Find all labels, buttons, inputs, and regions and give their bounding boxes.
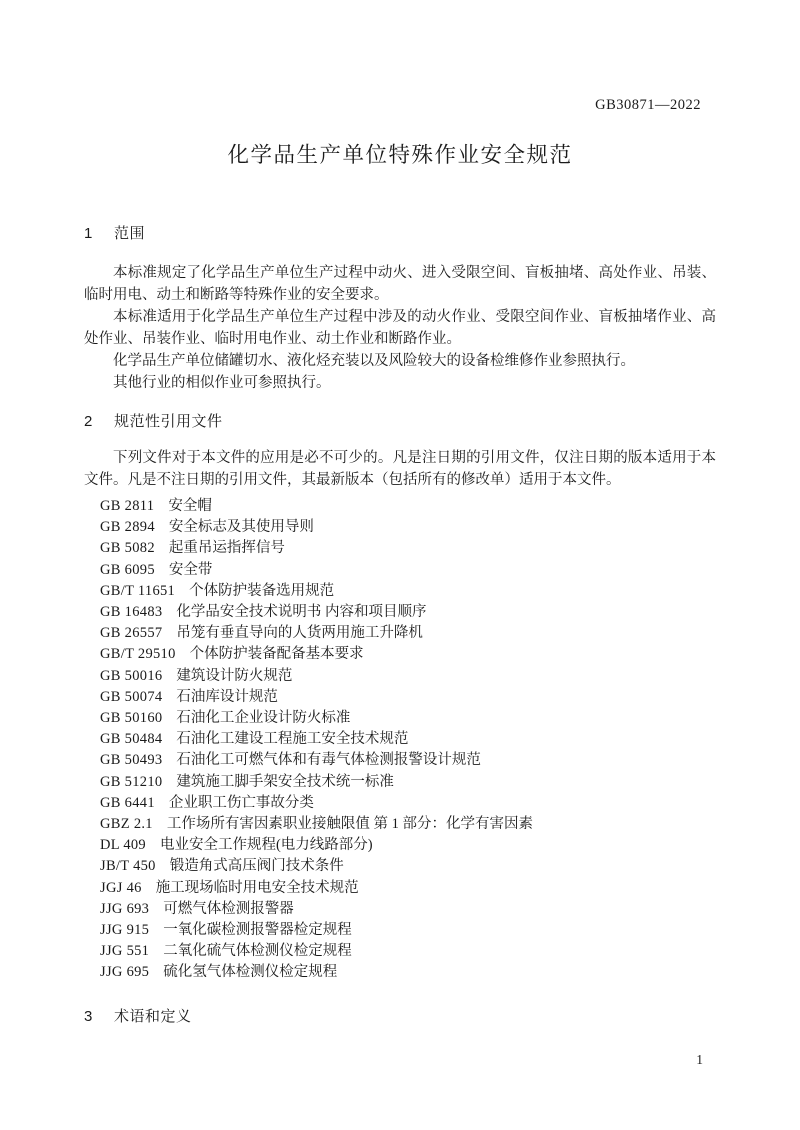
reference-item: GB 6441企业职工伤亡事故分类: [100, 793, 732, 814]
section-1-body: 本标准规定了化学品生产单位生产过程中动火、进入受限空间、盲板抽堵、高处作业、吊装…: [84, 262, 716, 394]
reference-item: JJG 551二氧化硫气体检测仪检定规程: [100, 941, 732, 962]
reference-title: 安全帽: [168, 498, 212, 514]
reference-item: GB 26557吊笼有垂直导向的人货两用施工升降机: [100, 623, 732, 644]
reference-code: GB 50074: [100, 689, 162, 705]
reference-item: JJG 915一氧化碳检测报警器检定规程: [100, 920, 732, 941]
reference-item: GB 16483化学品安全技术说明书 内容和项目顺序: [100, 602, 732, 623]
reference-item: JJG 693可燃气体检测报警器: [100, 899, 732, 920]
reference-item: JJG 695硫化氢气体检测仪检定规程: [100, 962, 732, 983]
reference-title: 施工现场临时用电安全技术规范: [156, 880, 359, 896]
section-1-heading: 1范围: [84, 222, 716, 243]
reference-title: 电业安全工作规程(电力线路部分): [160, 837, 373, 853]
scope-paragraph: 其他行业的相似作业可参照执行。: [84, 372, 716, 394]
reference-title: 二氧化硫气体检测仪检定规程: [163, 943, 352, 959]
reference-code: JGJ 46: [100, 880, 142, 896]
reference-title: 起重吊运指挥信号: [169, 540, 285, 556]
scope-paragraph: 本标准适用于化学品生产单位生产过程中涉及的动火作业、受限空间作业、盲板抽堵作业、…: [84, 306, 716, 350]
reference-code: GB/T 29510: [100, 646, 176, 662]
reference-code: JB/T 450: [100, 858, 156, 874]
reference-item: GB/T 29510个体防护装备配备基本要求: [100, 644, 732, 665]
section-2-title: 规范性引用文件: [114, 413, 223, 430]
page-number: 1: [696, 1052, 703, 1068]
reference-code: GB 6095: [100, 562, 155, 578]
reference-title: 工作场所有害因素职业接触限值 第 1 部分：化学有害因素: [167, 816, 533, 832]
reference-title: 个体防护装备配备基本要求: [190, 646, 364, 662]
reference-code: GB 16483: [100, 604, 162, 620]
scope-paragraph: 本标准规定了化学品生产单位生产过程中动火、进入受限空间、盲板抽堵、高处作业、吊装…: [84, 262, 716, 306]
reference-item: GB 50493石油化工可燃气体和有毒气体检测报警设计规范: [100, 750, 732, 771]
section-1-number: 1: [84, 225, 114, 242]
reference-title: 石油化工建设工程施工安全技术规范: [176, 731, 408, 747]
reference-code: GB 6441: [100, 795, 155, 811]
section-3-number: 3: [84, 1008, 114, 1025]
reference-code: GB 2811: [100, 498, 154, 514]
reference-item: DL 409电业安全工作规程(电力线路部分): [100, 835, 732, 856]
reference-code: GB 2894: [100, 519, 155, 535]
references-intro-paragraph: 下列文件对于本文件的应用是必不可少的。凡是注日期的引用文件，仅注日期的版本适用于…: [84, 447, 716, 491]
reference-item: GB 51210建筑施工脚手架安全技术统一标准: [100, 772, 732, 793]
reference-item: GB 50160石油化工企业设计防火标准: [100, 708, 732, 729]
reference-item: GBZ 2.1工作场所有害因素职业接触限值 第 1 部分：化学有害因素: [100, 814, 732, 835]
section-3-heading: 3术语和定义: [84, 1005, 716, 1026]
document-page: GB30871—2022 化学品生产单位特殊作业安全规范 1范围 本标准规定了化…: [0, 0, 800, 1130]
section-2-heading: 2规范性引用文件: [84, 410, 716, 431]
reference-title: 企业职工伤亡事故分类: [169, 795, 314, 811]
section-2-number: 2: [84, 413, 114, 430]
standard-code: GB30871—2022: [595, 97, 701, 114]
reference-item: GB 6095安全带: [100, 560, 732, 581]
reference-title: 安全标志及其使用导则: [169, 519, 314, 535]
reference-code: JJG 695: [100, 964, 149, 980]
reference-code: GB 51210: [100, 774, 162, 790]
references-list: GB 2811安全帽 GB 2894安全标志及其使用导则 GB 5082起重吊运…: [84, 496, 732, 984]
reference-title: 化学品安全技术说明书 内容和项目顺序: [176, 604, 426, 620]
reference-code: GB/T 11651: [100, 583, 175, 599]
reference-title: 建筑施工脚手架安全技术统一标准: [176, 774, 394, 790]
reference-title: 石油库设计规范: [176, 689, 278, 705]
reference-item: GB 50484石油化工建设工程施工安全技术规范: [100, 729, 732, 750]
reference-item: GB 2894安全标志及其使用导则: [100, 517, 732, 538]
reference-item: JGJ 46施工现场临时用电安全技术规范: [100, 878, 732, 899]
reference-item: GB 50016建筑设计防火规范: [100, 666, 732, 687]
reference-code: DL 409: [100, 837, 146, 853]
reference-title: 石油化工企业设计防火标准: [176, 710, 350, 726]
section-1-title: 范围: [114, 225, 145, 242]
reference-code: JJG 551: [100, 943, 149, 959]
reference-code: JJG 915: [100, 922, 149, 938]
reference-code: GB 50484: [100, 731, 162, 747]
reference-item: GB 2811安全帽: [100, 496, 732, 517]
scope-paragraph: 化学品生产单位储罐切水、液化烃充装以及风险较大的设备检维修作业参照执行。: [84, 350, 716, 372]
section-3-title: 术语和定义: [114, 1008, 192, 1025]
reference-title: 个体防护装备选用规范: [189, 583, 334, 599]
document-title: 化学品生产单位特殊作业安全规范: [0, 138, 800, 169]
reference-title: 建筑设计防火规范: [176, 668, 292, 684]
reference-title: 安全带: [169, 562, 213, 578]
reference-title: 硫化氢气体检测仪检定规程: [163, 964, 337, 980]
reference-code: GB 50160: [100, 710, 162, 726]
reference-title: 石油化工可燃气体和有毒气体检测报警设计规范: [176, 752, 481, 768]
reference-title: 可燃气体检测报警器: [163, 901, 294, 917]
reference-item: GB 50074石油库设计规范: [100, 687, 732, 708]
reference-item: GB 5082起重吊运指挥信号: [100, 538, 732, 559]
reference-code: GB 5082: [100, 540, 155, 556]
reference-code: GB 50493: [100, 752, 162, 768]
reference-item: GB/T 11651个体防护装备选用规范: [100, 581, 732, 602]
reference-code: GB 26557: [100, 625, 162, 641]
reference-code: GB 50016: [100, 668, 162, 684]
reference-title: 吊笼有垂直导向的人货两用施工升降机: [176, 625, 423, 641]
reference-code: GBZ 2.1: [100, 816, 153, 832]
reference-code: JJG 693: [100, 901, 149, 917]
section-2-intro: 下列文件对于本文件的应用是必不可少的。凡是注日期的引用文件，仅注日期的版本适用于…: [84, 447, 716, 491]
reference-item: JB/T 450锻造角式高压阀门技术条件: [100, 856, 732, 877]
reference-title: 一氧化碳检测报警器检定规程: [163, 922, 352, 938]
reference-title: 锻造角式高压阀门技术条件: [170, 858, 344, 874]
